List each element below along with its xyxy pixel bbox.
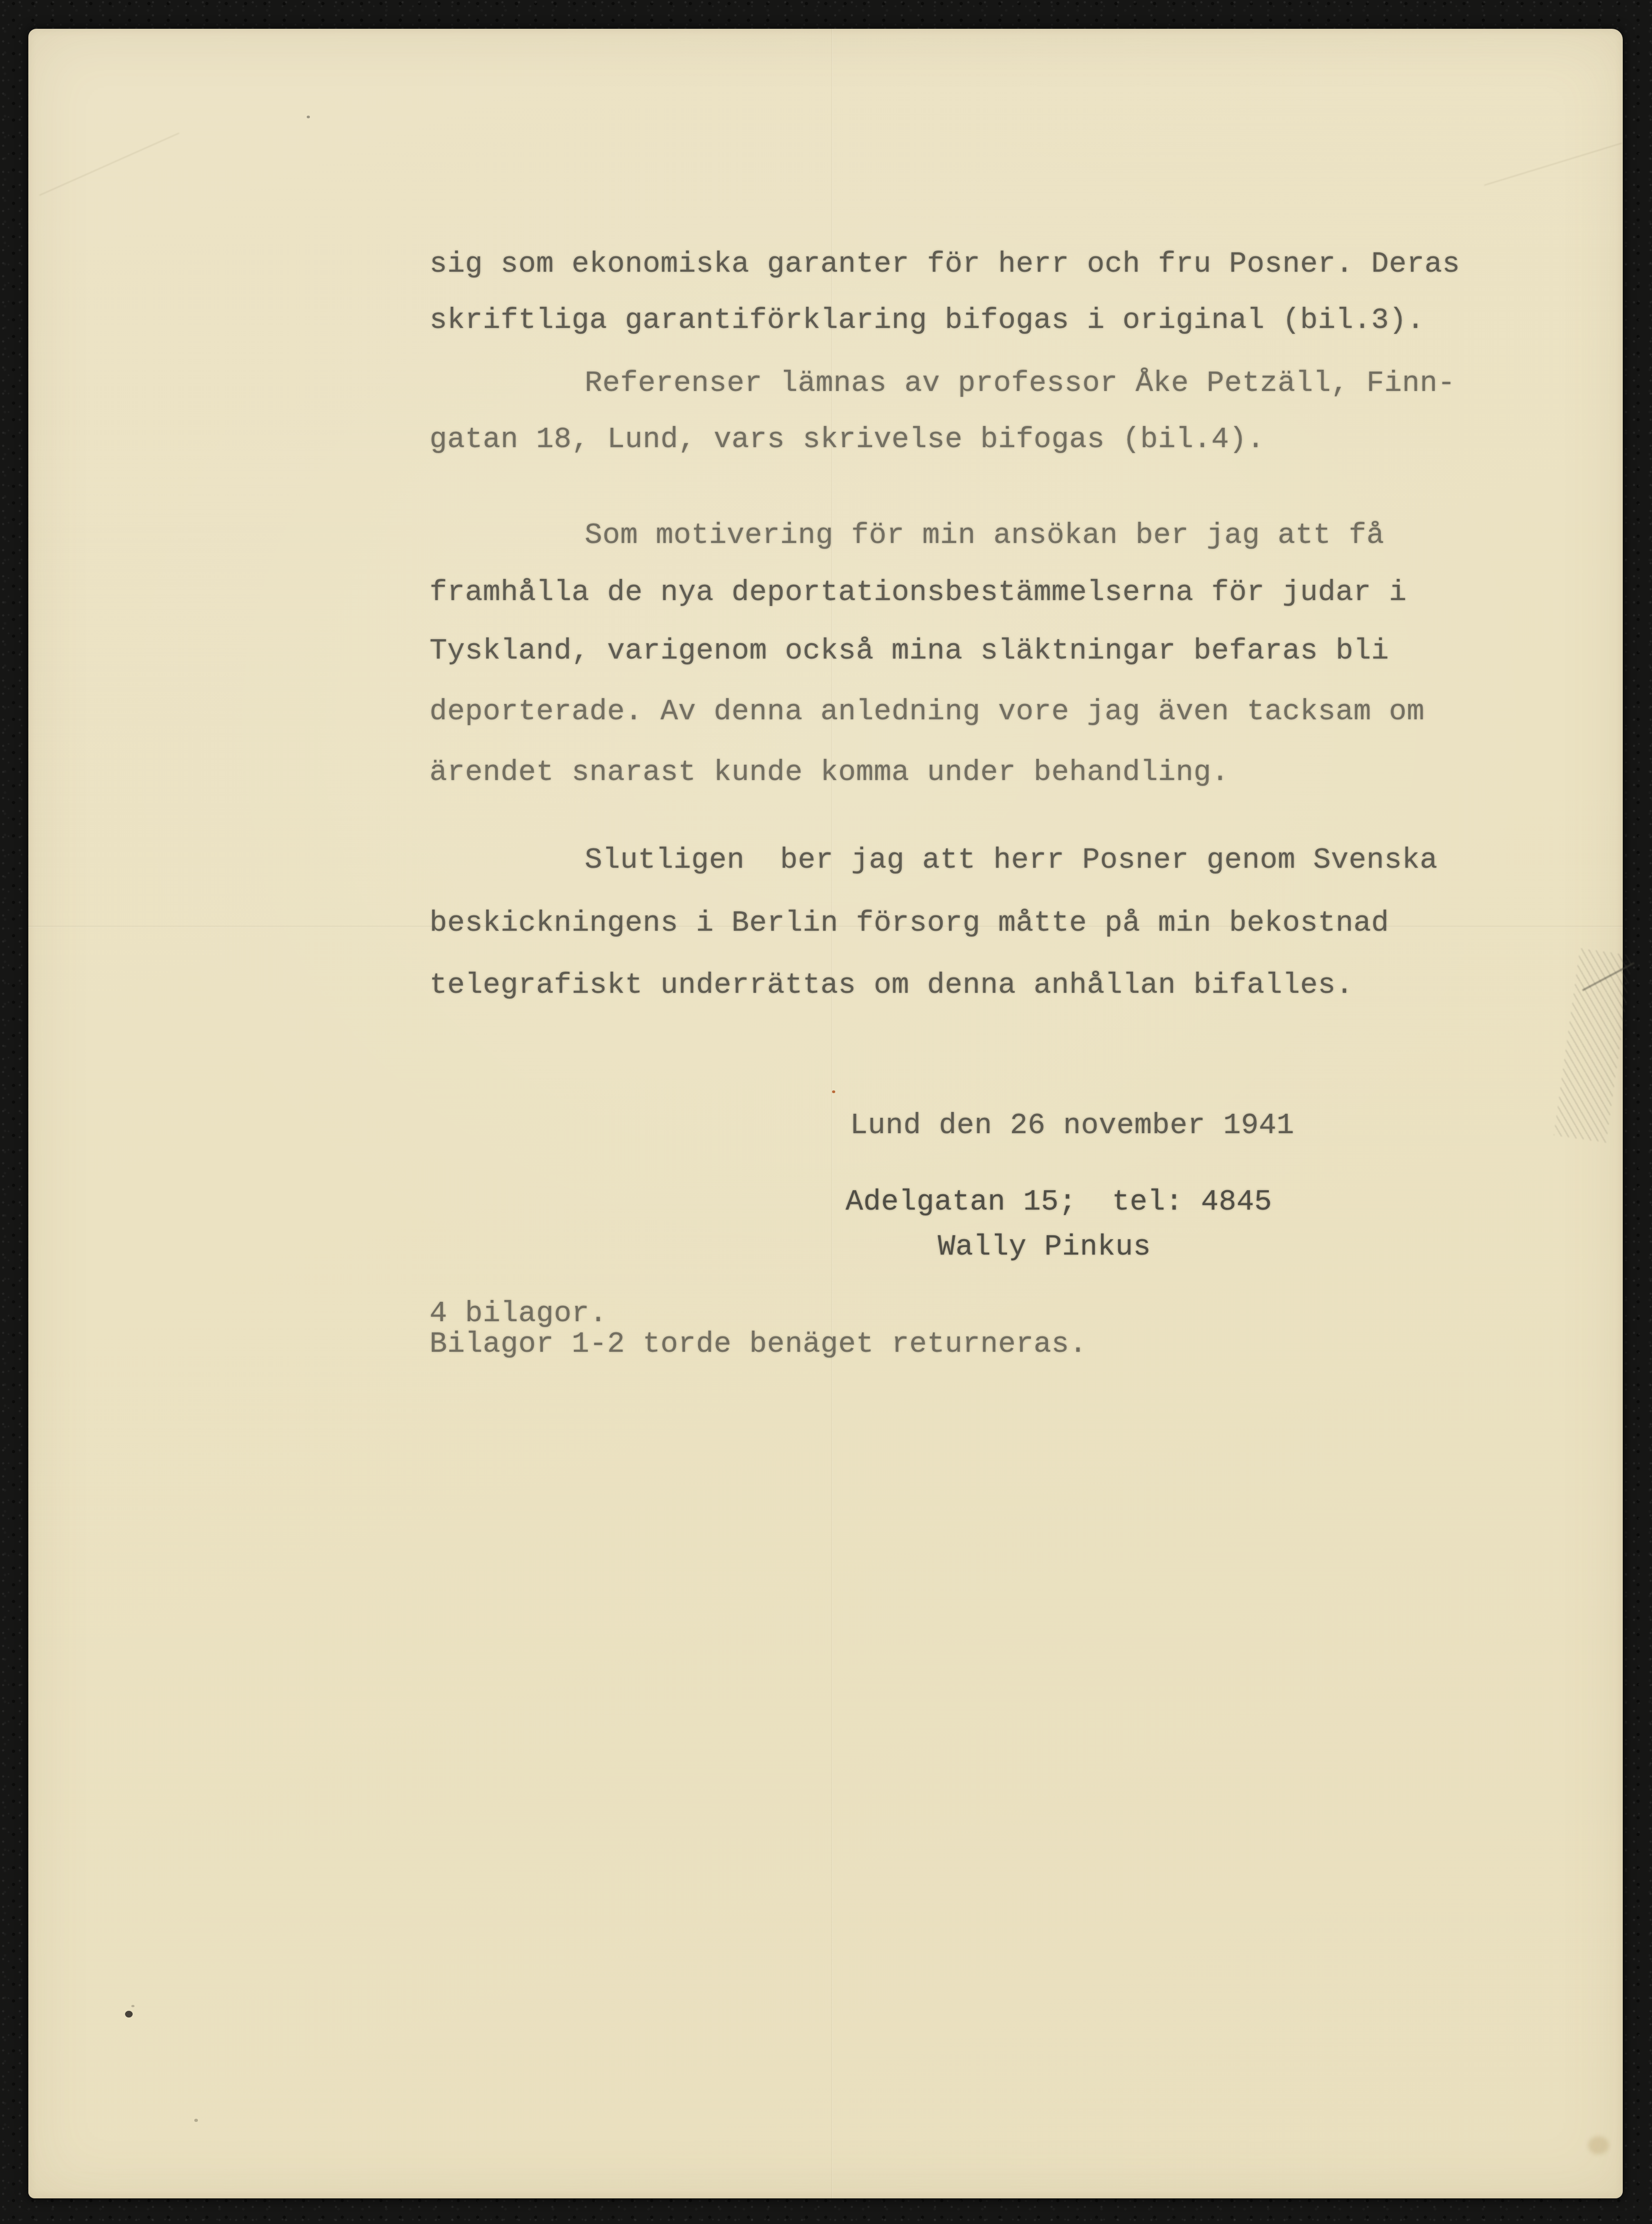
rust-speck <box>832 1090 835 1093</box>
letter-line: telegrafiskt underrättas om denna anhåll… <box>430 969 1353 1001</box>
vertical-fold-crease <box>831 29 833 2198</box>
pencil-smudge <box>1554 948 1632 1143</box>
letter-line: ärendet snarast kunde komma under behand… <box>430 757 1229 788</box>
letter-page: sig som ekonomiska garanter för herr och… <box>28 29 1623 2198</box>
letter-line: framhålla de nya deportationsbestämmelse… <box>430 577 1407 608</box>
signature: Wally Pinkus <box>938 1231 1151 1263</box>
letter-line: skriftliga garantiförklaring bifogas i o… <box>430 305 1424 336</box>
enclosure-note: Bilagor 1-2 torde benäget returneras. <box>430 1328 1087 1360</box>
ink-speck <box>125 2011 133 2018</box>
letter-line: Slutligen ber jag att herr Posner genom … <box>585 844 1437 876</box>
scan-background: sig som ekonomiska garanter för herr och… <box>0 0 1652 2224</box>
enclosure-note: 4 bilagor. <box>430 1298 607 1329</box>
address-line: Adelgatan 15; tel: 4845 <box>846 1186 1272 1218</box>
letter-line: Tyskland, varigenom också mina släktning… <box>430 635 1389 667</box>
ink-speck <box>307 116 310 118</box>
letter-line: beskickningens i Berlin försorg måtte på… <box>430 907 1389 939</box>
dateline: Lund den 26 november 1941 <box>850 1110 1294 1141</box>
letter-line: Som motivering för min ansökan ber jag a… <box>585 520 1384 551</box>
letter-line: sig som ekonomiska garanter för herr och… <box>430 248 1460 280</box>
corner-crease-top-right <box>1484 143 1622 185</box>
letter-line: gatan 18, Lund, vars skrivelse bifogas (… <box>430 424 1265 455</box>
corner-crease-top-left <box>39 133 179 196</box>
paper-stain <box>1588 2136 1609 2154</box>
letter-line: deporterade. Av denna anledning vore jag… <box>430 696 1424 727</box>
letter-line: Referenser lämnas av professor Åke Petzä… <box>585 368 1455 399</box>
ink-speck <box>194 2119 198 2122</box>
